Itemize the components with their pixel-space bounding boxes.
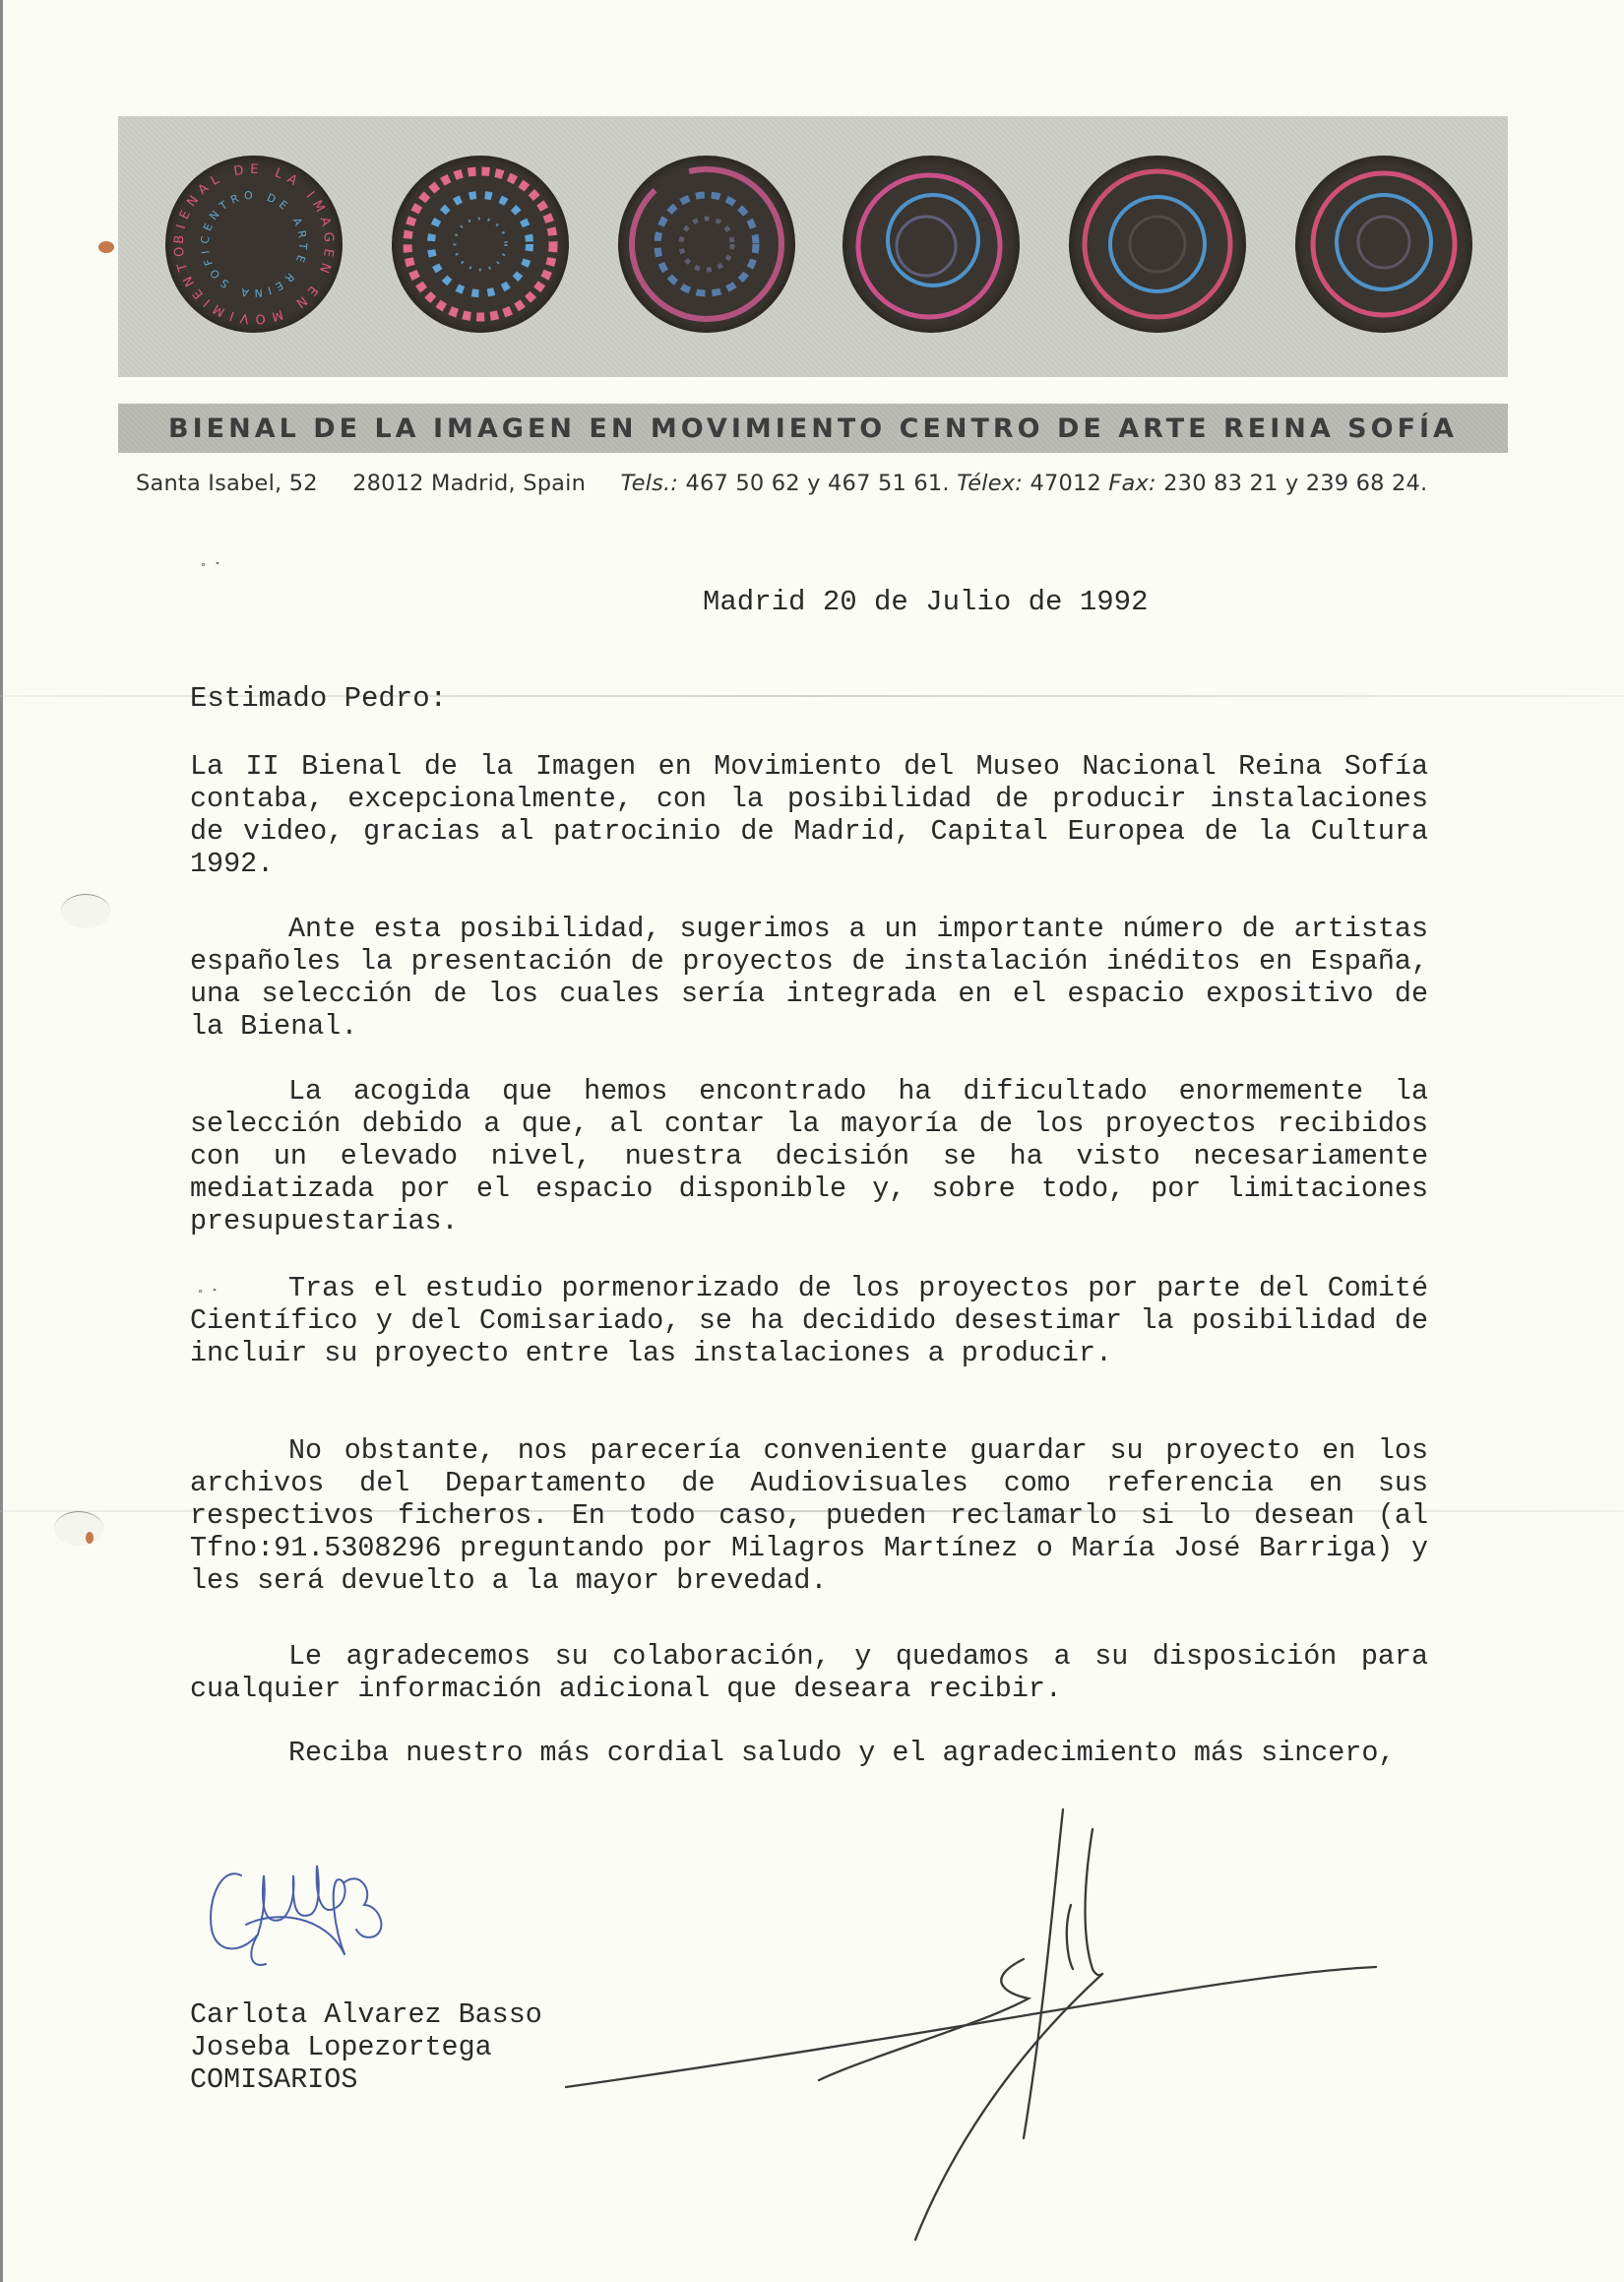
paragraph-2: Ante esta posibilidad, sugerimos a un im… bbox=[190, 913, 1428, 1043]
contact-line: Santa Isabel, 52 28012 Madrid, Spain Tel… bbox=[136, 471, 1514, 496]
page-edge bbox=[0, 0, 3, 2282]
signatory-name: Joseba Lopezortega bbox=[190, 2031, 542, 2063]
stray-marks: ° ˚ bbox=[200, 561, 221, 575]
organization-title-band: BIENAL DE LA IMAGEN EN MOVIMIENTO CENTRO… bbox=[118, 404, 1508, 453]
tels-value: 467 50 62 y 467 51 61. bbox=[686, 471, 950, 496]
punch-hole-bottom bbox=[54, 1511, 103, 1546]
logo-disc-rings-icon bbox=[1069, 156, 1246, 333]
paragraph-text: Ante esta posibilidad, sugerimos a un im… bbox=[190, 913, 1428, 1043]
paragraph-text: La acogida que hemos encontrado ha dific… bbox=[190, 1075, 1428, 1237]
paragraph-text: Le agradecemos su colaboración, y quedam… bbox=[190, 1640, 1428, 1705]
paragraph-text: Tras el estudio pormenorizado de los pro… bbox=[190, 1272, 1428, 1369]
logo-disc-dashed-icon bbox=[392, 156, 569, 333]
organization-name: BIENAL DE LA IMAGEN EN MOVIMIENTO CENTRO… bbox=[168, 413, 1458, 444]
paragraph-text: No obstante, nos parecería conveniente g… bbox=[190, 1434, 1428, 1597]
paragraph-text: La II Bienal de la Imagen en Movimiento … bbox=[190, 750, 1428, 880]
paper-stain bbox=[98, 241, 114, 253]
fax-label: Fax: bbox=[1108, 471, 1156, 496]
paragraph-7: Reciba nuestro más cordial saludo y el a… bbox=[190, 1737, 1428, 1769]
signatories: Carlota Alvarez BassoJoseba LopezortegaC… bbox=[190, 1998, 542, 2096]
logo-disc-rings-icon bbox=[1295, 156, 1472, 333]
logo-disc-text-icon: BIENAL DE LA IMAGEN EN MOVIMIENTO CENTRO… bbox=[165, 156, 343, 333]
signatory-name: Carlota Alvarez Basso bbox=[190, 1998, 542, 2031]
logo-disc-blurred-icon bbox=[618, 156, 795, 333]
tels-label: Tels.: bbox=[620, 471, 678, 496]
signature-blue-ink bbox=[211, 1866, 381, 1965]
paragraph-4: Tras el estudio pormenorizado de los pro… bbox=[190, 1272, 1428, 1369]
paragraph-text: Reciba nuestro más cordial saludo y el a… bbox=[190, 1737, 1428, 1769]
paragraph-1: La II Bienal de la Imagen en Movimiento … bbox=[190, 750, 1428, 880]
fax-value: 230 83 21 y 239 68 24. bbox=[1163, 471, 1427, 496]
punch-hole-top bbox=[61, 894, 110, 928]
paper-stain bbox=[86, 1532, 94, 1544]
letter-date: Madrid 20 de Julio de 1992 bbox=[703, 586, 1148, 618]
logo-disc-rings-icon bbox=[843, 156, 1020, 333]
postal-city: 28012 Madrid, Spain bbox=[352, 471, 586, 496]
letterhead-banner: BIENAL DE LA IMAGEN EN MOVIMIENTO CENTRO… bbox=[118, 116, 1508, 377]
signatory-title: COMISARIOS bbox=[190, 2063, 542, 2096]
svg-text:BIENAL DE LA IMAGEN EN MOVIMIE: BIENAL DE LA IMAGEN EN MOVIMIENTO bbox=[172, 162, 337, 327]
telex-label: Télex: bbox=[957, 471, 1023, 496]
paragraph-6: Le agradecemos su colaboración, y quedam… bbox=[190, 1640, 1428, 1705]
telex-value: 47012 bbox=[1030, 471, 1101, 496]
paragraph-3: La acogida que hemos encontrado ha dific… bbox=[190, 1075, 1428, 1237]
signature-black-ink bbox=[566, 1809, 1376, 2240]
street-address: Santa Isabel, 52 bbox=[136, 471, 318, 496]
salutation: Estimado Pedro: bbox=[190, 682, 447, 715]
paragraph-5: No obstante, nos parecería conveniente g… bbox=[190, 1434, 1428, 1597]
